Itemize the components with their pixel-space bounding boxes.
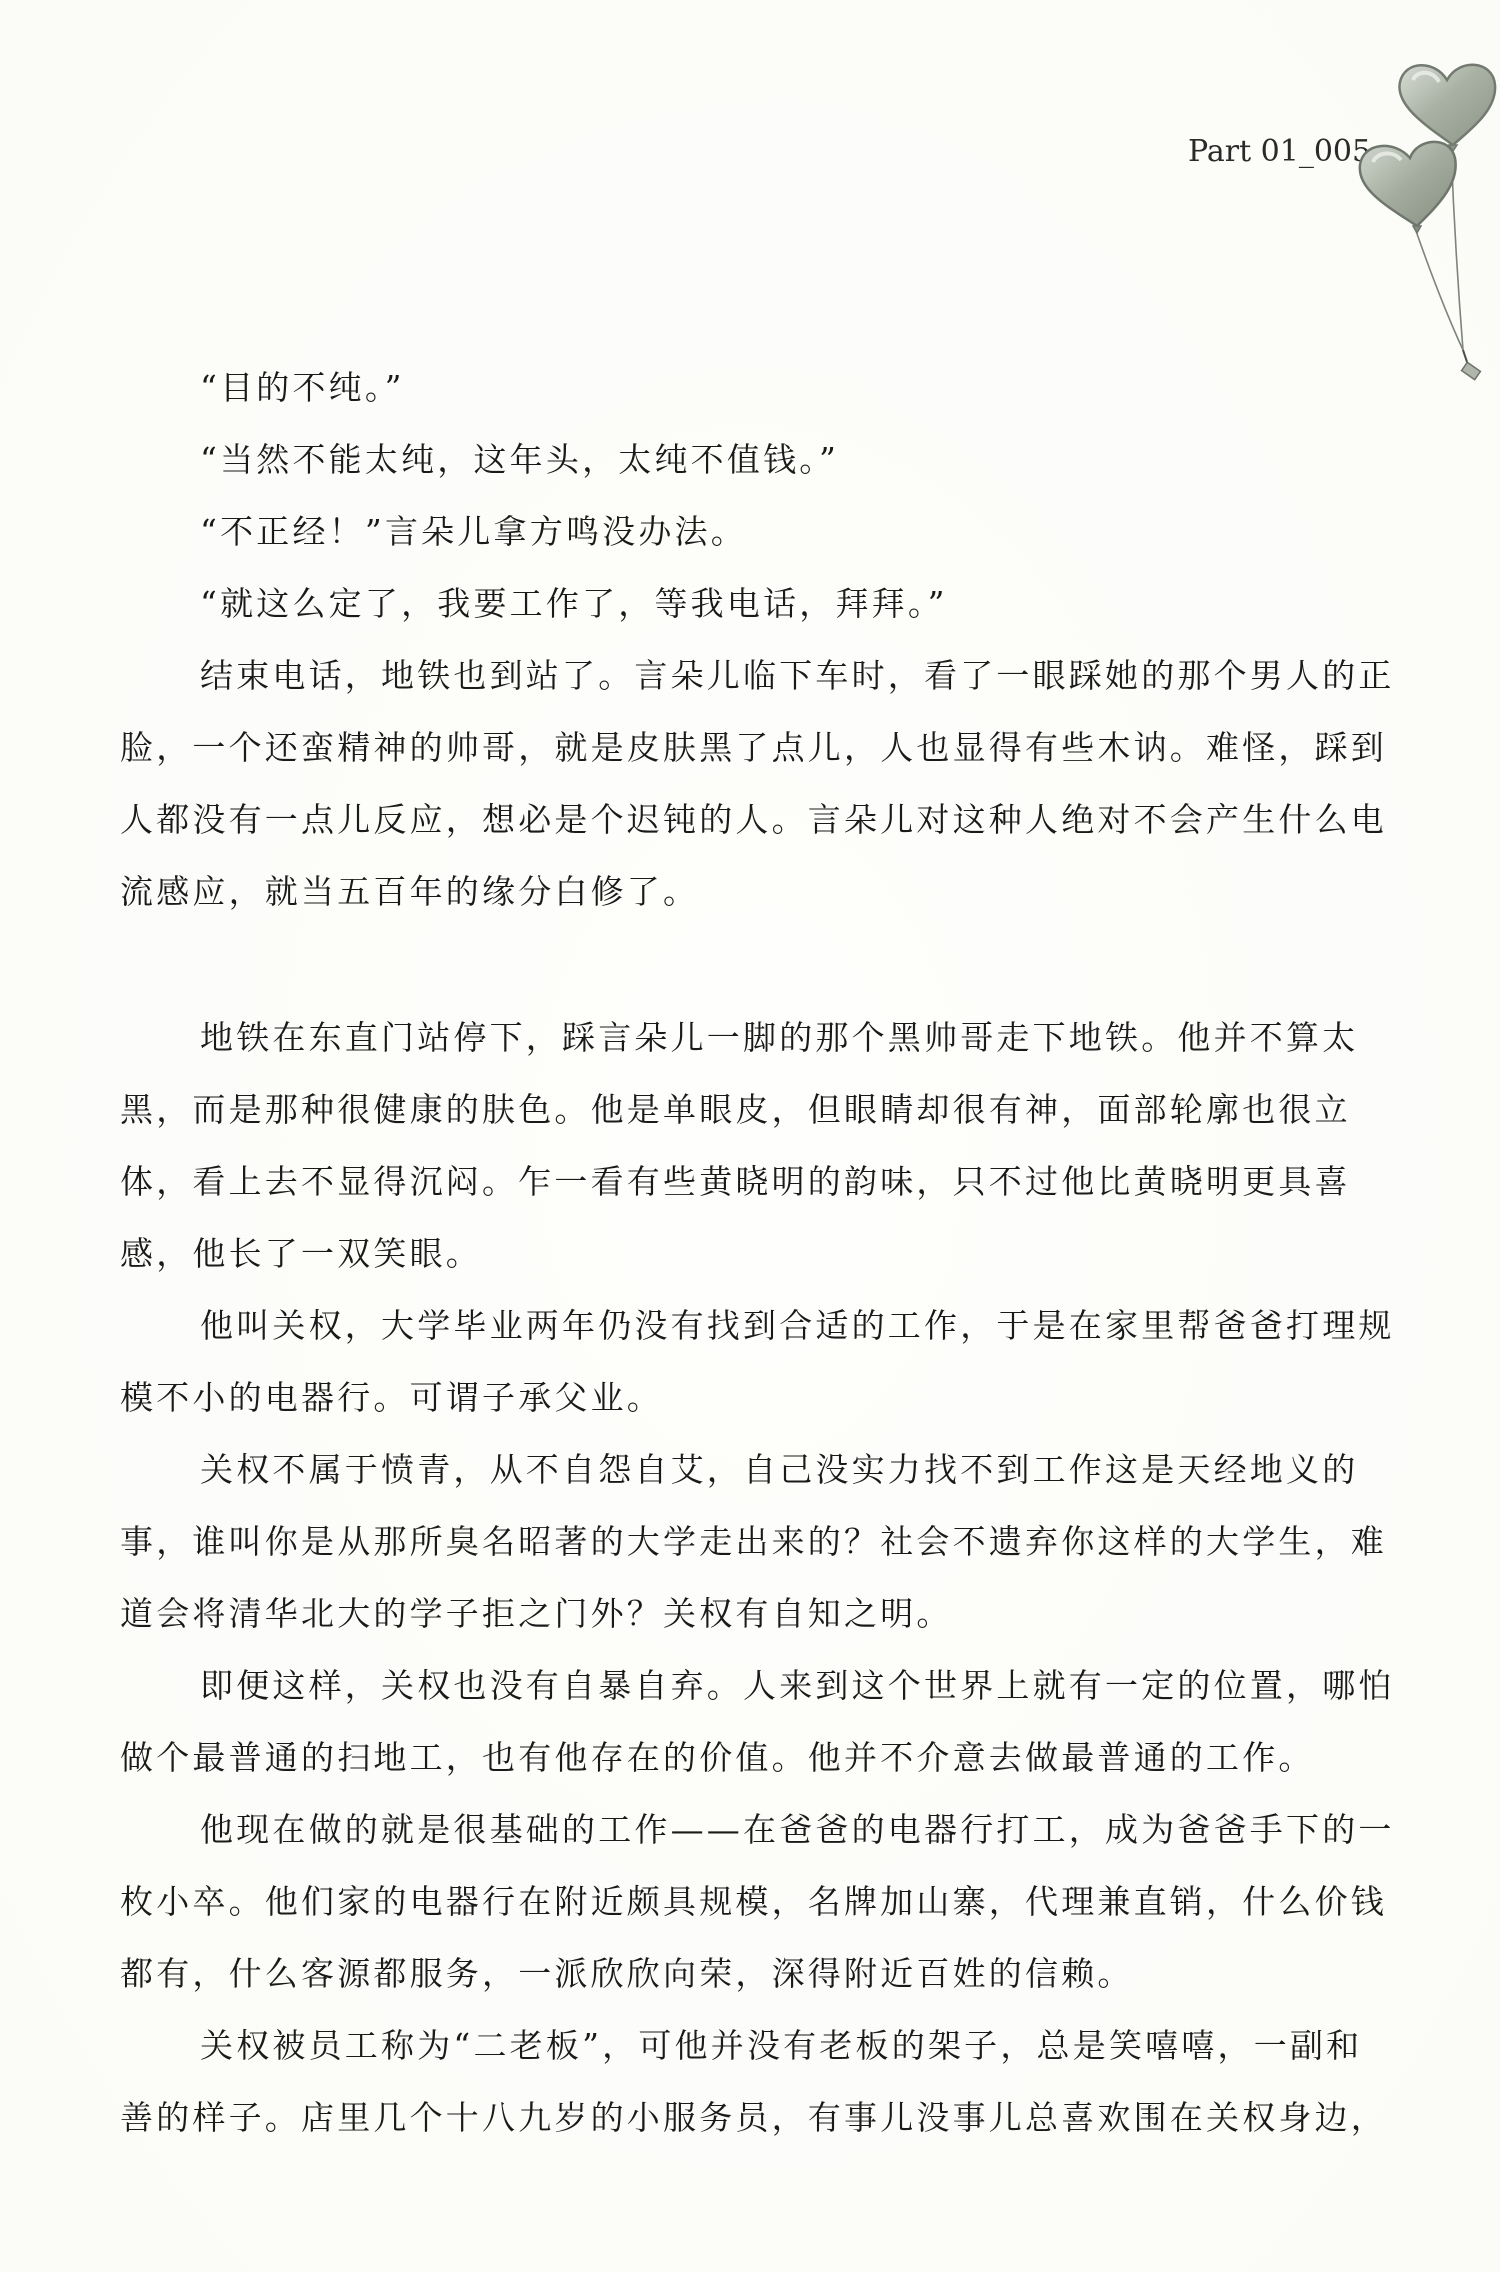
paragraph-first-line: “不正经！”言朵儿拿方鸣没办法。 [200,507,1350,557]
paragraph-line: 事，谁叫你是从那所臭名昭著的大学走出来的？社会不遗弃你这样的大学生，难 [120,1517,1350,1567]
paragraph-first-line: “就这么定了，我要工作了，等我电话，拜拜。” [200,579,1350,629]
paragraph-line: 做个最普通的扫地工，也有他存在的价值。他并不介意去做最普通的工作。 [120,1733,1350,1783]
page-number: Part 01_005 [1188,134,1371,169]
paragraph-line: 模不小的电器行。可谓子承父业。 [120,1373,1350,1423]
paragraph-line: 善的样子。店里几个十八九岁的小服务员，有事儿没事儿总喜欢围在关权身边， [120,2093,1350,2143]
paragraph-first-line: 结束电话，地铁也到站了。言朵儿临下车时，看了一眼踩她的那个男人的正 [200,651,1350,701]
paragraph-line: 道会将清华北大的学子拒之门外？关权有自知之明。 [120,1589,1350,1639]
paragraph-line: 流感应，就当五百年的缘分白修了。 [120,867,1350,917]
book-page: Part 01_005 [0,0,1500,2272]
paragraph-first-line: 即便这样，关权也没有自暴自弃。人来到这个世界上就有一定的位置，哪怕 [200,1661,1350,1711]
paragraph-line: 人都没有一点儿反应，想必是个迟钝的人。言朵儿对这种人绝对不会产生什么电 [120,795,1350,845]
paragraph-first-line: 地铁在东直门站停下，踩言朵儿一脚的那个黑帅哥走下地铁。他并不算太 [200,1013,1350,1063]
paragraph-line: 枚小卒。他们家的电器行在附近颇具规模，名牌加山寨，代理兼直销，什么价钱 [120,1877,1350,1927]
paragraph-line: 体，看上去不显得沉闷。乍一看有些黄晓明的韵味，只不过他比黄晓明更具喜 [120,1157,1350,1207]
paragraph-first-line: 他叫关权，大学毕业两年仍没有找到合适的工作，于是在家里帮爸爸打理规 [200,1301,1350,1351]
paragraph-line: 感，他长了一双笑眼。 [120,1229,1350,1279]
paragraph-first-line: “当然不能太纯，这年头，太纯不值钱。” [200,435,1350,485]
paragraph-line: 脸，一个还蛮精神的帅哥，就是皮肤黑了点儿，人也显得有些木讷。难怪，踩到 [120,723,1350,773]
paragraph-first-line: 关权不属于愤青，从不自怨自艾，自己没实力找不到工作这是天经地义的 [200,1445,1350,1495]
heart-balloons-icon [1355,50,1500,400]
paragraph-first-line: 他现在做的就是很基础的工作——在爸爸的电器行打工，成为爸爸手下的一 [200,1805,1350,1855]
paragraph-line: 都有，什么客源都服务，一派欣欣向荣，深得附近百姓的信赖。 [120,1949,1350,1999]
paragraph-first-line: “目的不纯。” [200,363,1350,413]
paragraph-first-line: 关权被员工称为“二老板”，可他并没有老板的架子，总是笑嘻嘻，一副和 [200,2021,1350,2071]
paragraph-line: 黑，而是那种很健康的肤色。他是单眼皮，但眼睛却很有神，面部轮廓也很立 [120,1085,1350,1135]
